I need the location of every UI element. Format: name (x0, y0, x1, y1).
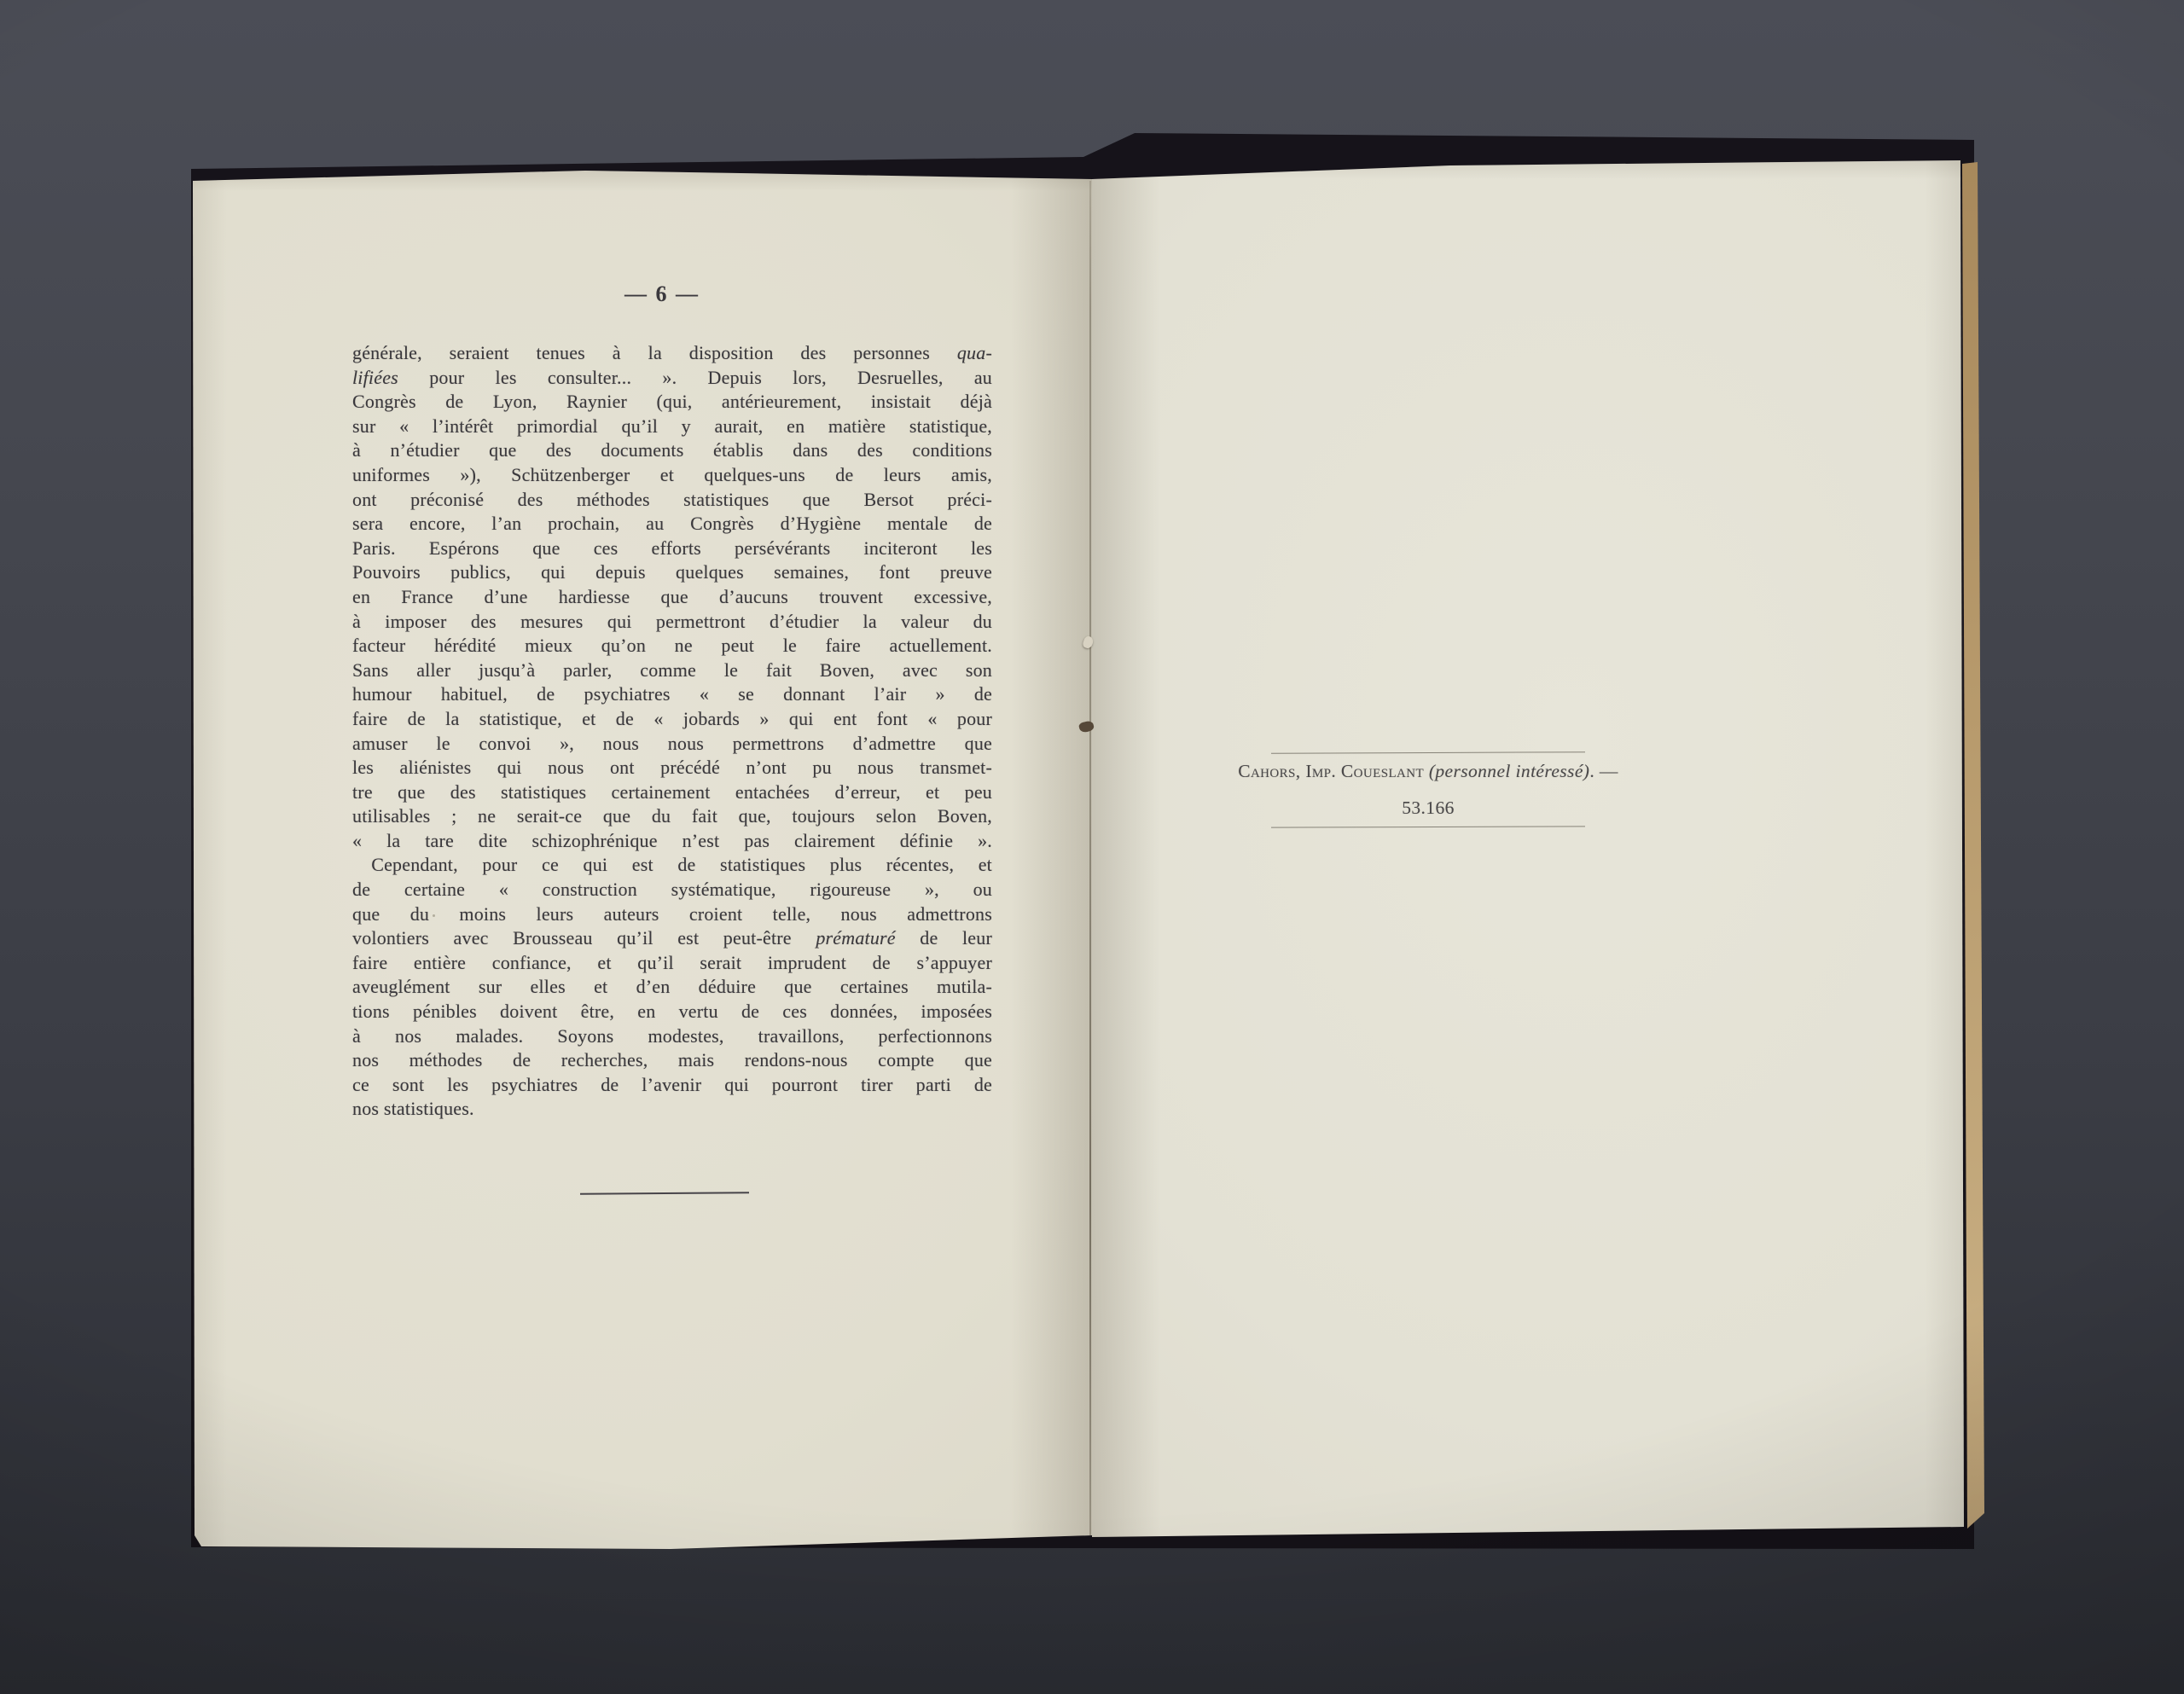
printer-imprint: Cahors, Imp. Coueslant (personnel intére… (1237, 752, 1619, 827)
text-line: utilisables ; ne serait-ce que du fait q… (352, 804, 992, 829)
text-line: que du moins leurs auteurs croient telle… (352, 902, 992, 927)
text-line: faire de la statistique, et de « jobards… (352, 707, 992, 732)
paper-speck (433, 914, 435, 917)
text-line: nos statistiques. (352, 1097, 992, 1122)
left-page: — 6 — générale, seraient tenues à la dis… (193, 167, 1092, 1549)
page-number: — 6 — (560, 281, 764, 307)
text-line: sur « l’intérêt primordial qu’il y aurai… (352, 415, 992, 439)
text-line: nos méthodes de recherches, mais rendons… (352, 1048, 992, 1073)
photo-background: — 6 — générale, seraient tenues à la dis… (0, 0, 2184, 1694)
text-line: à nos malades. Soyons modestes, travaill… (352, 1024, 992, 1049)
text-line: à n’étudier que des documents établis da… (352, 438, 992, 463)
text-line: ce sont les psychiatres de l’avenir qui … (352, 1073, 992, 1098)
text-line: Cependant, pour ce qui est de statistiqu… (352, 853, 992, 878)
separator-rule (580, 1192, 749, 1194)
text-line: volontiers avec Brousseau qu’il est peut… (352, 926, 992, 951)
text-line: Congrès de Lyon, Raynier (qui, antérieur… (352, 390, 992, 415)
text-line: en France d’une hardiesse que d’aucuns t… (352, 585, 992, 610)
right-page: Cahors, Imp. Coueslant (personnel intére… (1092, 157, 1964, 1539)
text-line: facteur hérédité mieux qu’on ne peut le … (352, 634, 992, 658)
text-line: humour habituel, de psychiatres « se don… (352, 682, 992, 707)
text-line: aveuglément sur elles et d’en déduire qu… (352, 975, 992, 1000)
text-line: uniformes »), Schützenberger et quelques… (352, 463, 992, 488)
text-line: tre que des statistiques certainement en… (352, 780, 992, 805)
text-line: ont préconisé des méthodes statistiques … (352, 488, 992, 513)
text-line: Pouvoirs publics, qui depuis quelques se… (352, 560, 992, 585)
text-line: sera encore, l’an prochain, au Congrès d… (352, 512, 992, 537)
text-line: tions pénibles doivent être, en vertu de… (352, 1000, 992, 1024)
text-line: lifiées pour les consulter... ». Depuis … (352, 366, 992, 391)
imprint-rule-bottom (1271, 826, 1585, 827)
text-line: amuser le convoi », nous nous permettron… (352, 732, 992, 757)
gutter-fold (1089, 181, 1091, 1535)
text-line: « la tare dite schizophrénique n’est pas… (352, 829, 992, 854)
body-text: générale, seraient tenues à la dispositi… (352, 341, 992, 1122)
text-line: faire entière confiance, et qu’il serait… (352, 951, 992, 976)
text-line: les aliénistes qui nous ont précédé n’on… (352, 756, 992, 780)
text-line: générale, seraient tenues à la dispositi… (352, 341, 992, 366)
text-line: de certaine « construction systématique,… (352, 878, 992, 902)
text-line: Paris. Espérons que ces efforts persévér… (352, 537, 992, 561)
text-line: à imposer des mesures qui permettront d’… (352, 610, 992, 635)
imprint-text: Cahors, Imp. Coueslant (personnel intére… (1237, 753, 1619, 827)
text-line: Sans aller jusqu’à parler, comme le fait… (352, 658, 992, 683)
